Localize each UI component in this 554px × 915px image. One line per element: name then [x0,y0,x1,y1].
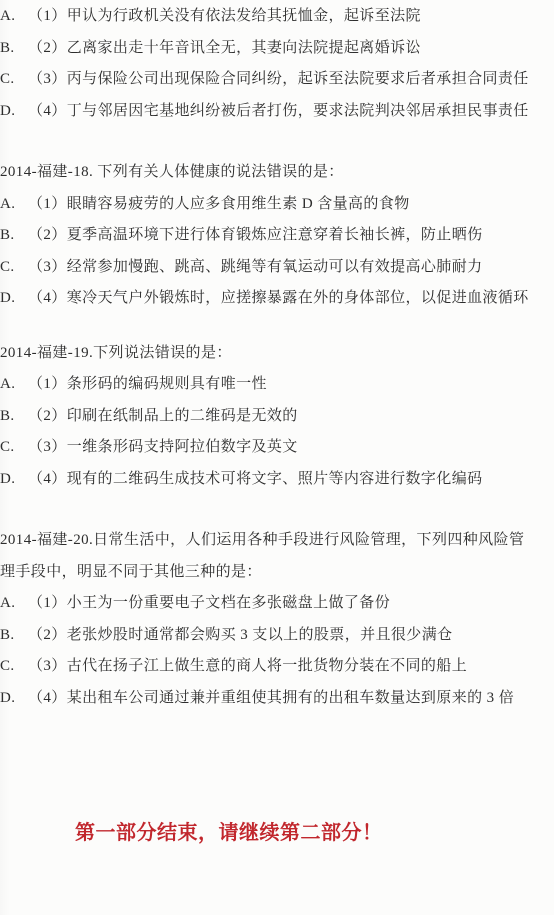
exam-document-page: A. （1）甲认为行政机关没有依法发给其抚恤金，起诉至法院 B. （2）乙离家出… [0,0,554,915]
option-text: （1）甲认为行政机关没有依法发给其抚恤金，起诉至法院 [28,1,421,33]
option-label: B. [0,401,28,433]
question-18: 2014-福建-18. 下列有关人体健康的说法错误的是： A. （1）眼睛容易疲… [0,157,554,315]
option-row: A. （1）条形码的编码规则具有唯一性 [0,369,554,401]
option-row: B. （2）夏季高温环境下进行体育锻炼应注意穿着长袖长裤，防止晒伤 [0,220,554,252]
end-of-part-notice: 第一部分结束，请继续第二部分！ [75,818,554,848]
question-19: 2014-福建-19.下列说法错误的是： A. （1）条形码的编码规则具有唯一性… [0,338,554,496]
option-label: C. [0,64,28,96]
question-heading: 2014-福建-18. 下列有关人体健康的说法错误的是： [0,157,554,189]
option-text: （1）小王为一份重要电子文档在多张磁盘上做了备份 [28,588,390,620]
option-label: D. [0,683,28,715]
option-label: B. [0,33,28,65]
option-text: （3）经常参加慢跑、跳高、跳绳等有氧运动可以有效提高心肺耐力 [28,252,483,284]
option-text: （2）乙离家出走十年音讯全无，其妻向法院提起离婚诉讼 [28,33,421,65]
option-text: （4）寒冷天气户外锻炼时，应搓擦暴露在外的身体部位，以促进血液循环 [28,283,529,315]
option-text: （2）印刷在纸制品上的二维码是无效的 [28,401,298,433]
question-heading: 2014-福建-20.日常生活中，人们运用各种手段进行风险管理，下列四种风险管 [0,525,554,557]
option-label: C. [0,432,28,464]
option-label: B. [0,220,28,252]
option-label: C. [0,651,28,683]
option-label: D. [0,96,28,128]
option-row: C. （3）古代在扬子江上做生意的商人将一批货物分装在不同的船上 [0,651,554,683]
option-label: A. [0,588,28,620]
option-label: C. [0,252,28,284]
option-row: D. （4）现有的二维码生成技术可将文字、照片等内容进行数字化编码 [0,464,554,496]
option-label: A. [0,189,28,221]
option-text: （4）丁与邻居因宅基地纠纷被后者打伤，要求法院判决邻居承担民事责任 [28,96,529,128]
option-row: A. （1）甲认为行政机关没有依法发给其抚恤金，起诉至法院 [0,1,554,33]
option-row: C. （3）经常参加慢跑、跳高、跳绳等有氧运动可以有效提高心肺耐力 [0,252,554,284]
option-row: A. （1）眼睛容易疲劳的人应多食用维生素 D 含量高的食物 [0,189,554,221]
question-17-options: A. （1）甲认为行政机关没有依法发给其抚恤金，起诉至法院 B. （2）乙离家出… [0,1,554,127]
option-text: （1）条形码的编码规则具有唯一性 [28,369,267,401]
option-label: A. [0,1,28,33]
option-label: D. [0,464,28,496]
option-row: C. （3）一维条形码支持阿拉伯数字及英文 [0,432,554,464]
option-text: （3）丙与保险公司出现保险合同纠纷，起诉至法院要求后者承担合同责任 [28,64,529,96]
option-row: A. （1）小王为一份重要电子文档在多张磁盘上做了备份 [0,588,554,620]
option-text: （2）老张炒股时通常都会购买 3 支以上的股票，并且很少满仓 [28,620,453,652]
option-label: D. [0,283,28,315]
option-text: （3）一维条形码支持阿拉伯数字及英文 [28,432,298,464]
option-text: （2）夏季高温环境下进行体育锻炼应注意穿着长袖长裤，防止晒伤 [28,220,483,252]
question-20: 2014-福建-20.日常生活中，人们运用各种手段进行风险管理，下列四种风险管 … [0,525,554,714]
option-row: B. （2）印刷在纸制品上的二维码是无效的 [0,401,554,433]
question-heading: 2014-福建-19.下列说法错误的是： [0,338,554,370]
option-label: A. [0,369,28,401]
option-row: D. （4）丁与邻居因宅基地纠纷被后者打伤，要求法院判决邻居承担民事责任 [0,96,554,128]
option-text: （4）现有的二维码生成技术可将文字、照片等内容进行数字化编码 [28,464,483,496]
option-row: C. （3）丙与保险公司出现保险合同纠纷，起诉至法院要求后者承担合同责任 [0,64,554,96]
option-row: B. （2）老张炒股时通常都会购买 3 支以上的股票，并且很少满仓 [0,620,554,652]
option-text: （4）某出租车公司通过兼并重组使其拥有的出租车数量达到原来的 3 倍 [28,683,514,715]
option-row: B. （2）乙离家出走十年音讯全无，其妻向法院提起离婚诉讼 [0,33,554,65]
question-heading-continued: 理手段中，明显不同于其他三种的是： [0,557,554,589]
option-row: D. （4）寒冷天气户外锻炼时，应搓擦暴露在外的身体部位，以促进血液循环 [0,283,554,315]
option-text: （3）古代在扬子江上做生意的商人将一批货物分装在不同的船上 [28,651,467,683]
option-row: D. （4）某出租车公司通过兼并重组使其拥有的出租车数量达到原来的 3 倍 [0,683,554,715]
option-label: B. [0,620,28,652]
option-text: （1）眼睛容易疲劳的人应多食用维生素 D 含量高的食物 [28,189,410,221]
